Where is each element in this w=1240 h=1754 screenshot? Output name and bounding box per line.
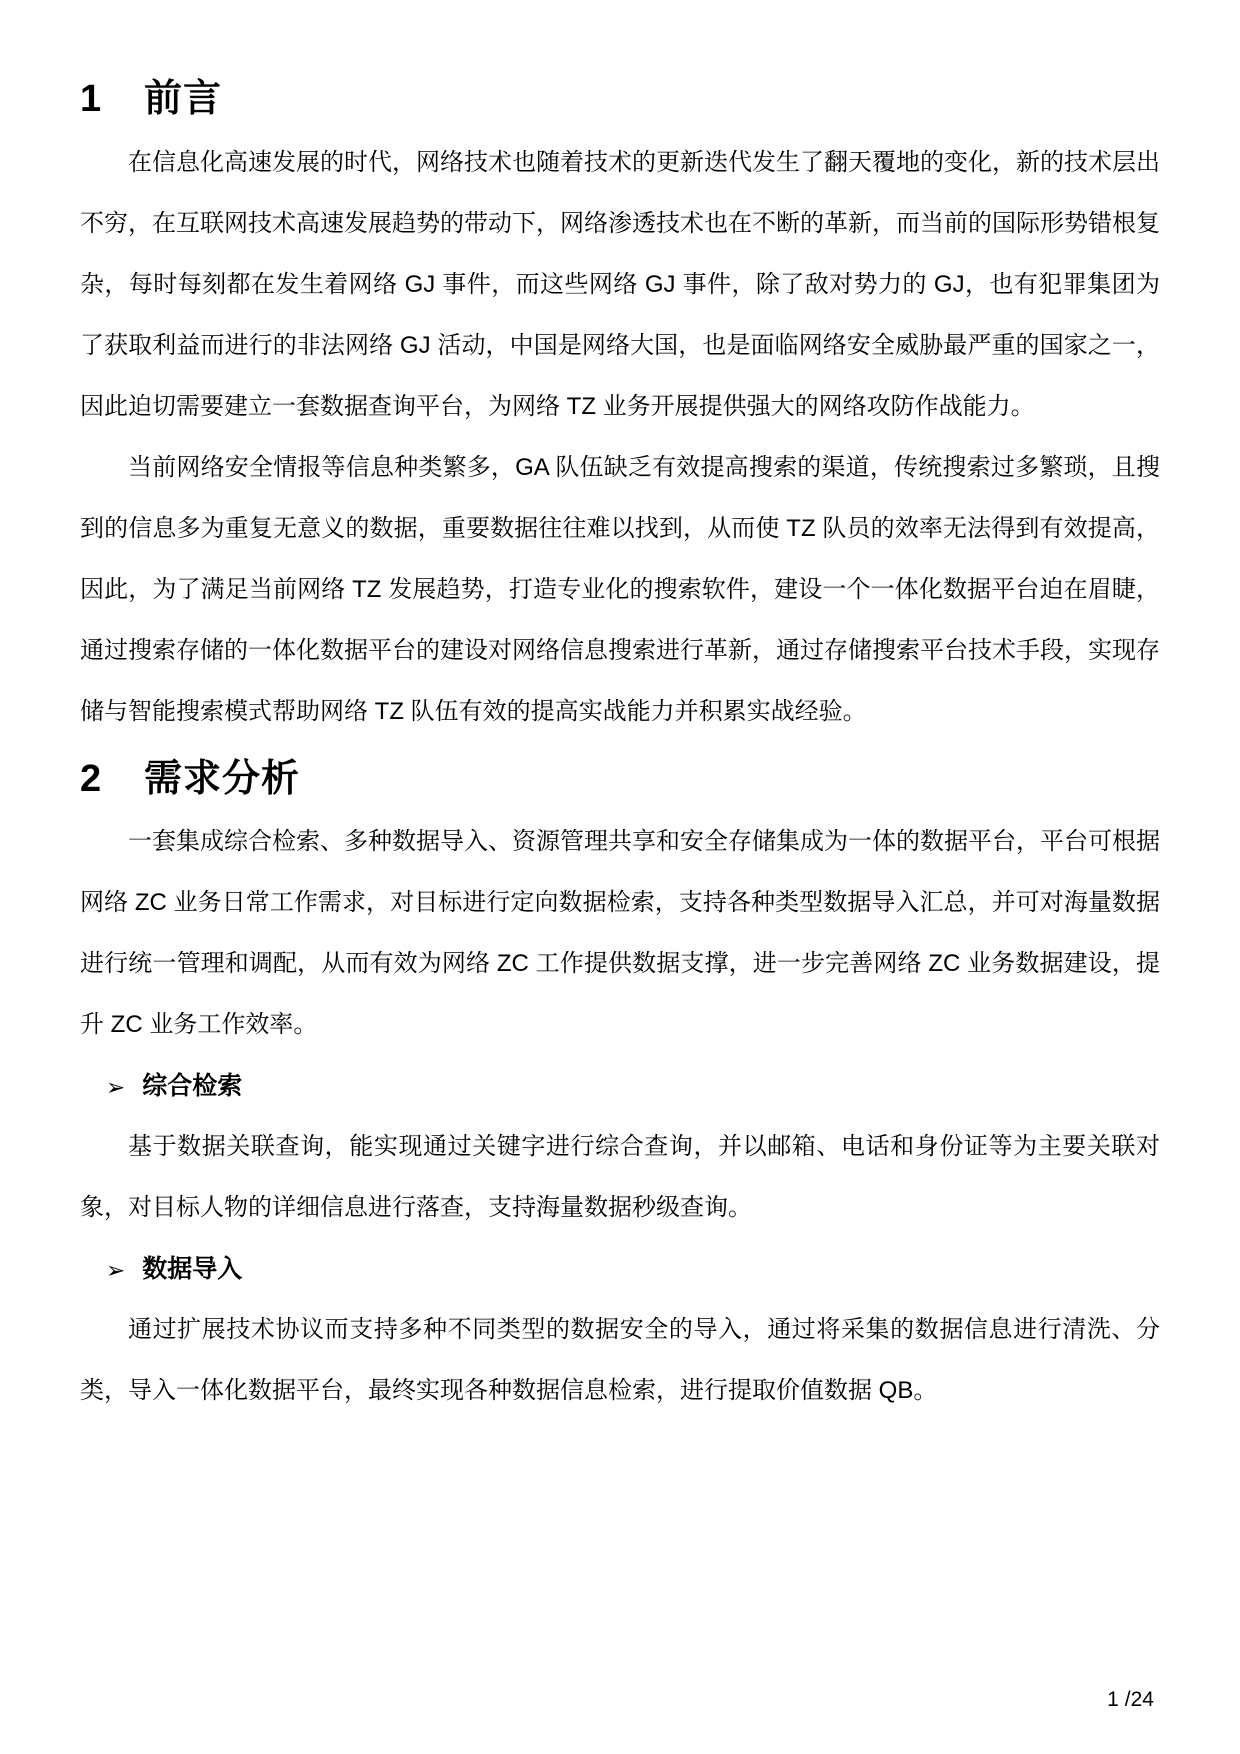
section-2-number: 2 xyxy=(80,756,144,804)
arrow-bullet-icon: ➢ xyxy=(106,1058,125,1117)
page-number: 1 xyxy=(1107,1688,1119,1711)
page-total: /24 xyxy=(1125,1688,1154,1711)
arrow-bullet-icon: ➢ xyxy=(106,1241,125,1300)
paragraph: 当前网络安全情报等信息种类繁多，GA 队伍缺乏有效提高搜索的渠道，传统搜索过多繁… xyxy=(80,437,1160,742)
section-2-title: 需求分析 xyxy=(144,758,300,800)
section-1-title: 前言 xyxy=(144,78,222,120)
section-1-heading: 1前言 xyxy=(80,76,1160,124)
section-1-number: 1 xyxy=(80,76,144,124)
bullet-heading-data-import: ➢ 数据导入 xyxy=(106,1240,1160,1299)
paragraph: 通过扩展技术协议而支持多种不同类型的数据安全的导入，通过将采集的数据信息进行清洗… xyxy=(80,1299,1160,1421)
document-page: 1前言 在信息化高速发展的时代，网络技术也随着技术的更新迭代发生了翻天覆地的变化… xyxy=(0,0,1240,1754)
bullet-heading-comprehensive-search: ➢ 综合检索 xyxy=(106,1057,1160,1116)
paragraph: 一套集成综合检索、多种数据导入、资源管理共享和安全存储集成为一体的数据平台，平台… xyxy=(80,811,1160,1055)
page-footer: 1/24 xyxy=(1107,1688,1154,1712)
paragraph: 在信息化高速发展的时代，网络技术也随着技术的更新迭代发生了翻天覆地的变化，新的技… xyxy=(80,132,1160,437)
bullet-label: 数据导入 xyxy=(142,1240,242,1299)
section-2-heading: 2需求分析 xyxy=(80,756,1160,804)
paragraph: 基于数据关联查询，能实现通过关键字进行综合查询，并以邮箱、电话和身份证等为主要关… xyxy=(80,1116,1160,1238)
bullet-label: 综合检索 xyxy=(142,1057,242,1116)
